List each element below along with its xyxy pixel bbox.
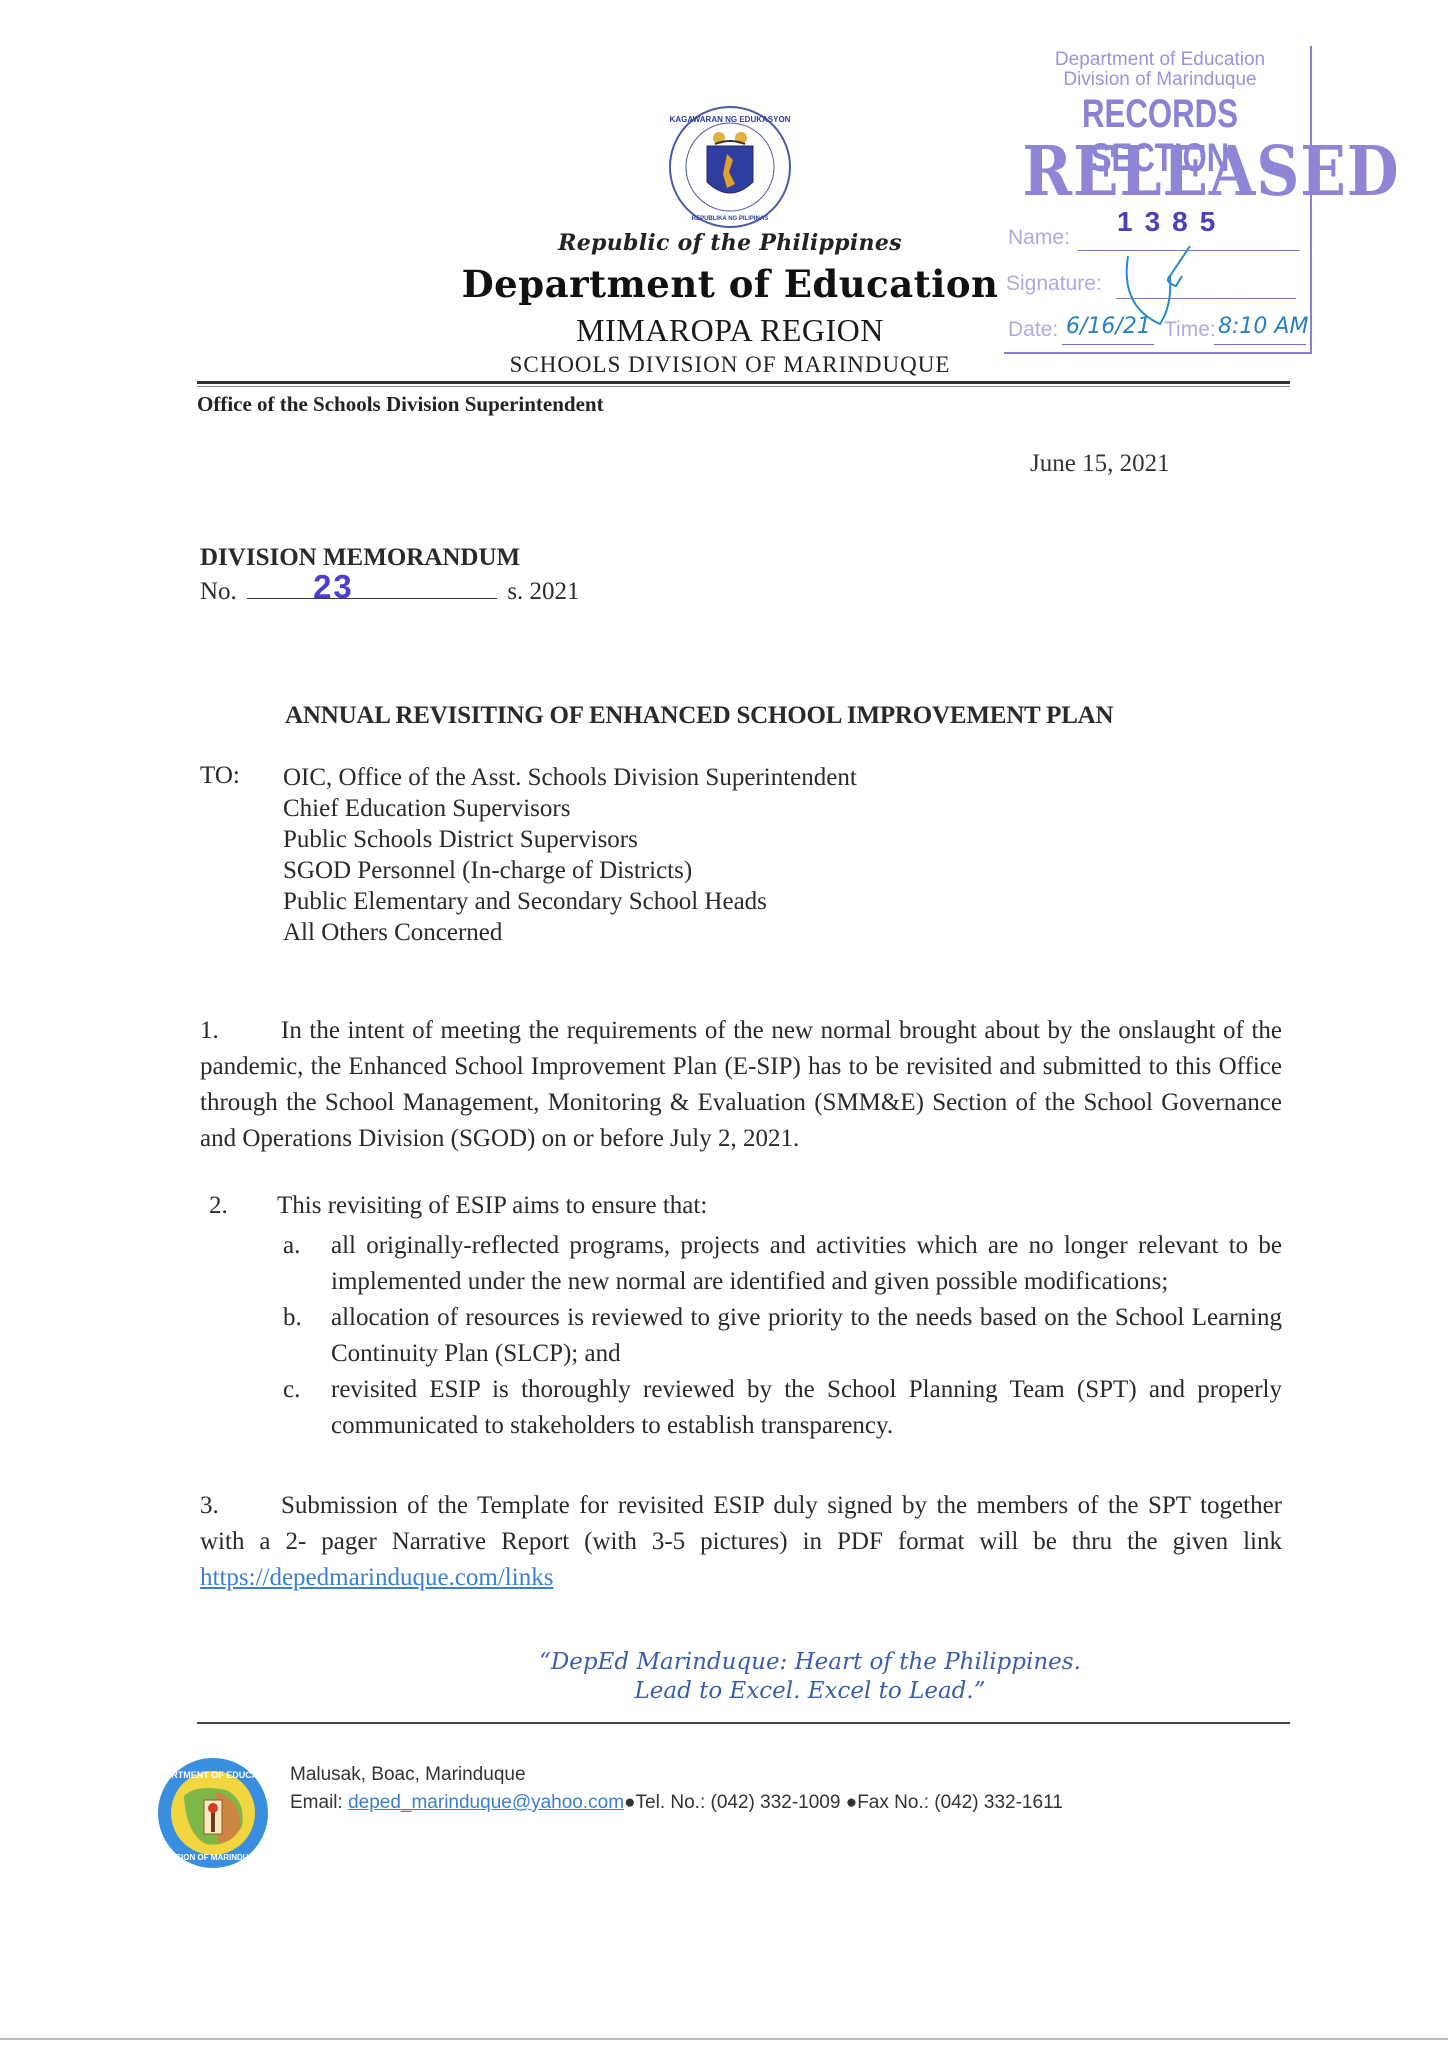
deped-seal-icon: KAGAWARAN NG EDUKASYON REPUBLIKA NG PILI… [667, 104, 793, 230]
header-divider [197, 381, 1290, 384]
stamp-time-value: 8:10 AM [1218, 314, 1308, 339]
aims-list-item: c. revisited ESIP is thoroughly reviewed… [283, 1372, 1282, 1444]
memo-no-label: No. [200, 578, 237, 605]
republic-heading: Republic of the Philippines [450, 230, 1010, 256]
fax: ●Fax No.: (042) 332-1611 [846, 1792, 1063, 1813]
motto-line-1: “DepEd Marinduque: Heart of the Philippi… [450, 1648, 1170, 1677]
list-text: revisited ESIP is thoroughly reviewed by… [331, 1372, 1282, 1444]
svg-text:DIVISION OF MARINDUQUE: DIVISION OF MARINDUQUE [160, 1853, 266, 1862]
paragraph-text: In the intent of meeting the requirement… [200, 1017, 1282, 1152]
region-heading: MIMAROPA REGION [450, 312, 1010, 349]
division-seal-icon: DEPARTMENT OF EDUCATION DIVISION OF MARI… [156, 1756, 270, 1870]
submission-link[interactable]: https://depedmarinduque.com/links [200, 1564, 553, 1591]
recipient-item: All Others Concerned [283, 917, 857, 948]
to-label: TO: [200, 762, 240, 790]
memo-number-line: No. 23 s. 2021 [200, 576, 580, 606]
footer-divider [197, 1722, 1290, 1724]
memo-title: DIVISION MEMORANDUM [200, 544, 520, 572]
footer-contact: Email: deped_marinduque@yahoo.com●Tel. N… [290, 1792, 1063, 1814]
aims-list-item: a. all originally-reflected programs, pr… [283, 1228, 1282, 1300]
email-link[interactable]: deped_marinduque@yahoo.com [348, 1792, 624, 1813]
records-released-stamp: Department of Education Division of Mari… [1004, 46, 1312, 354]
office-line: Office of the Schools Division Superinte… [197, 392, 604, 417]
svg-text:KAGAWARAN NG EDUKASYON: KAGAWARAN NG EDUKASYON [670, 115, 791, 124]
memo-number: 23 [313, 568, 354, 606]
stamp-time-line [1214, 344, 1306, 345]
recipient-list: OIC, Office of the Asst. Schools Divisio… [283, 762, 857, 948]
header-divider-thin [197, 386, 1290, 387]
department-heading: Department of Education [420, 262, 1040, 306]
list-letter: c. [283, 1372, 331, 1444]
paragraph-3: 3.Submission of the Template for revisit… [200, 1488, 1282, 1596]
paragraph-number: 1. [200, 1013, 281, 1049]
stamp-released: RELEASED [1022, 138, 1291, 206]
footer-address: Malusak, Boac, Marinduque [290, 1764, 526, 1786]
recipient-item: Chief Education Supervisors [283, 793, 857, 824]
division-heading: SCHOOLS DIVISION OF MARINDUQUE [440, 352, 1020, 378]
motto: “DepEd Marinduque: Heart of the Philippi… [450, 1648, 1170, 1706]
svg-text:REPUBLIKA NG PILIPINAS: REPUBLIKA NG PILIPINAS [692, 216, 768, 222]
email-label: Email: [290, 1792, 348, 1813]
stamp-time-label: Time: [1164, 318, 1216, 342]
memo-subject: ANNUAL REVISITING OF ENHANCED SCHOOL IMP… [285, 702, 1113, 730]
stamp-line-2: Division of Marinduque [1010, 70, 1310, 89]
motto-line-2: Lead to Excel. Excel to Lead.” [450, 1677, 1170, 1706]
memo-date: June 15, 2021 [1030, 450, 1170, 478]
stamp-line-1: Department of Education [1010, 50, 1310, 69]
paragraph-text: Submission of the Template for revisited… [200, 1492, 1282, 1555]
recipient-item: SGOD Personnel (In-charge of Districts) [283, 855, 857, 886]
paragraph-2: 2.This revisiting of ESIP aims to ensure… [209, 1192, 707, 1220]
list-letter: a. [283, 1228, 331, 1300]
recipient-item: Public Schools District Supervisors [283, 824, 857, 855]
paragraph-number: 2. [209, 1192, 277, 1220]
stamp-number: 1385 [1117, 206, 1227, 238]
list-text: allocation of resources is reviewed to g… [331, 1300, 1282, 1372]
aims-list-item: b. allocation of resources is reviewed t… [283, 1300, 1282, 1372]
svg-text:DEPARTMENT OF EDUCATION: DEPARTMENT OF EDUCATION [156, 1770, 270, 1780]
stamp-date-line [1062, 344, 1154, 345]
list-letter: b. [283, 1300, 331, 1372]
aims-list: a. all originally-reflected programs, pr… [283, 1228, 1282, 1444]
memo-number-blank: 23 [247, 576, 497, 599]
paragraph-text: This revisiting of ESIP aims to ensure t… [277, 1192, 707, 1219]
list-text: all originally-reflected programs, proje… [331, 1228, 1282, 1300]
scan-edge-divider [0, 2038, 1448, 2040]
stamp-date-value: 6/16/21 [1066, 314, 1151, 339]
paragraph-number: 3. [200, 1488, 281, 1524]
stamp-date-label: Date: [1008, 318, 1058, 342]
stamp-signature-label: Signature: [1006, 272, 1102, 296]
recipient-item: Public Elementary and Secondary School H… [283, 886, 857, 917]
stamp-name-label: Name: [1008, 226, 1070, 250]
memo-series: s. 2021 [507, 578, 579, 605]
recipient-item: OIC, Office of the Asst. Schools Divisio… [283, 762, 857, 793]
paragraph-1: 1.In the intent of meeting the requireme… [200, 1013, 1282, 1157]
telephone: ●Tel. No.: (042) 332-1009 [624, 1792, 846, 1813]
